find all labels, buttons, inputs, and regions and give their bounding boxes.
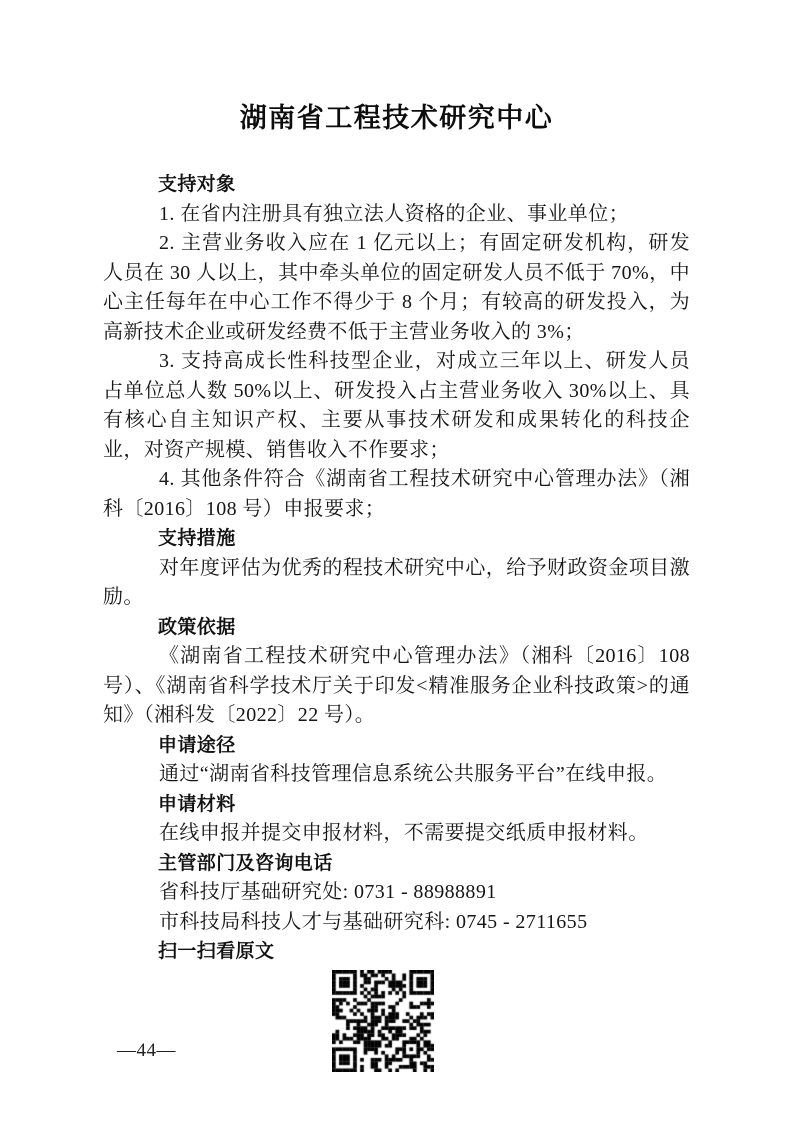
phone-provincial: 省科技厅基础研究处: 0731 - 88988891	[103, 878, 690, 908]
section-heading-support-measures: 支持措施	[103, 524, 690, 554]
page-title: 湖南省工程技术研究中心	[0, 96, 793, 135]
policy-basis-text: 《湖南省工程技术研究中心管理办法》（湘科〔2016〕108 号）、《湖南省科学技…	[103, 642, 690, 731]
qr-code-image	[332, 970, 434, 1072]
support-target-item-3: 3. 支持高成长性科技型企业，对成立三年以上、研发人员占单位总人数 50%以上、…	[103, 347, 690, 465]
section-heading-scan-original: 扫一扫看原文	[103, 937, 690, 967]
application-materials-text: 在线申报并提交申报材料，不需要提交纸质申报材料。	[103, 819, 690, 849]
support-target-item-2: 2. 主营业务收入应在 1 亿元以上；有固定研发机构，研发人员在 30 人以上，…	[103, 229, 690, 347]
support-target-item-1: 1. 在省内注册具有独立法人资格的企业、事业单位；	[103, 200, 690, 230]
phone-municipal: 市科技局科技人才与基础研究科: 0745 - 2711655	[103, 908, 690, 938]
section-heading-department-phone: 主管部门及咨询电话	[103, 849, 690, 879]
section-heading-policy-basis: 政策依据	[103, 613, 690, 643]
document-page: 湖南省工程技术研究中心 支持对象 1. 在省内注册具有独立法人资格的企业、事业单…	[0, 0, 793, 1122]
section-heading-support-targets: 支持对象	[103, 170, 690, 200]
section-heading-application-route: 申请途径	[103, 731, 690, 761]
support-target-item-4: 4. 其他条件符合《湖南省工程技术研究中心管理办法》（湘科〔2016〕108 号…	[103, 465, 690, 524]
application-route-text: 通过“湖南省科技管理信息系统公共服务平台”在线申报。	[103, 760, 690, 790]
support-measures-text: 对年度评估为优秀的程技术研究中心，给予财政资金项目激励。	[103, 554, 690, 613]
document-body: 支持对象 1. 在省内注册具有独立法人资格的企业、事业单位； 2. 主营业务收入…	[103, 170, 690, 1072]
qr-code-container	[332, 970, 434, 1072]
page-number: —44—	[117, 1040, 176, 1062]
section-heading-application-materials: 申请材料	[103, 790, 690, 820]
